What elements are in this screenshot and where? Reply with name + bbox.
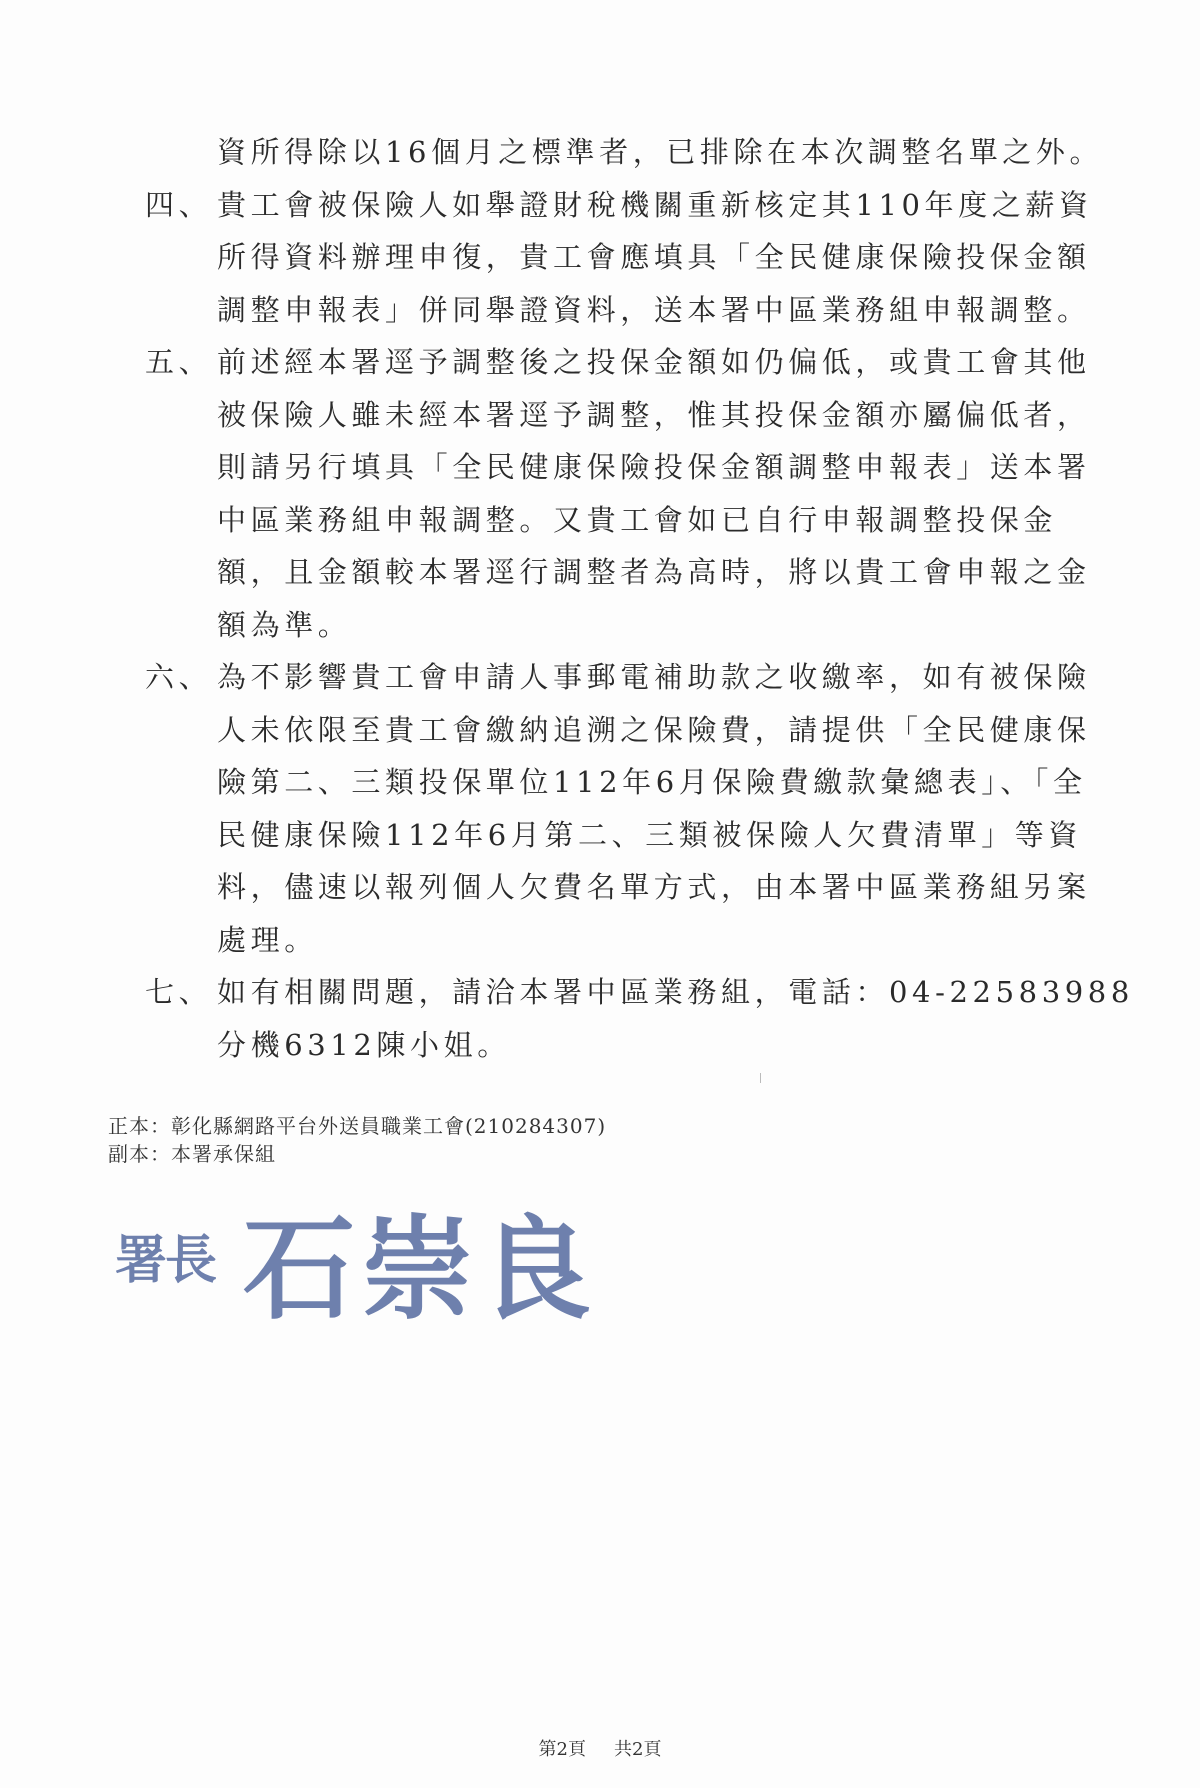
- line-text: 資所得除以16個月之標準者，已排除在本次調整名單之外。: [217, 126, 1103, 179]
- paragraph: 五、前述經本署逕予調整後之投保金額如仍偏低，或貴工會其他被保險人雖未經本署逕予調…: [145, 336, 1125, 651]
- line-text: 額為準。: [217, 599, 351, 652]
- text-line: 七、如有相關問題，請洽本署中區業務組，電話：04-22583988: [145, 966, 1125, 1019]
- text-line: 處理。: [145, 914, 1125, 967]
- page-number: 第2頁: [539, 1739, 586, 1760]
- line-text: 如有相關問題，請洽本署中區業務組，電話：04-22583988: [217, 966, 1134, 1019]
- text-line: 則請另行填具「全民健康保險投保金額調整申報表」送本署: [145, 441, 1125, 494]
- text-line: 被保險人雖未經本署逕予調整，惟其投保金額亦屬偏低者，: [145, 389, 1125, 442]
- copy-recipient-line: 副本：本署承保組: [108, 1140, 606, 1168]
- text-line: 調整申報表」併同舉證資料，送本署中區業務組申報調整。: [145, 284, 1125, 337]
- line-text: 分機6312陳小姐。: [217, 1019, 511, 1072]
- line-text: 前述經本署逕予調整後之投保金額如仍偏低，或貴工會其他: [217, 336, 1091, 389]
- original-recipient-line: 正本：彰化縣網路平台外送員職業工會(210284307): [108, 1112, 606, 1140]
- text-line: 分機6312陳小姐。: [145, 1019, 1125, 1072]
- line-text: 貴工會被保險人如舉證財稅機關重新核定其110年度之薪資: [217, 179, 1093, 232]
- line-text: 為不影響貴工會申請人事郵電補助款之收繳率，如有被保險: [217, 651, 1091, 704]
- paragraph: 四、貴工會被保險人如舉證財稅機關重新核定其110年度之薪資所得資料辦理申復，貴工…: [145, 179, 1125, 337]
- line-text: 處理。: [217, 914, 318, 967]
- line-text: 中區業務組申報調整。又貴工會如已自行申報調整投保金: [217, 494, 1057, 547]
- text-line: 四、貴工會被保險人如舉證財稅機關重新核定其110年度之薪資: [145, 179, 1125, 232]
- text-line: 五、前述經本署逕予調整後之投保金額如仍偏低，或貴工會其他: [145, 336, 1125, 389]
- line-text: 料，儘速以報列個人欠費名單方式，由本署中區業務組另案: [217, 861, 1091, 914]
- item-number: 七、: [145, 966, 217, 1019]
- paragraph: 資所得除以16個月之標準者，已排除在本次調整名單之外。: [145, 126, 1125, 179]
- page-footer: 第2頁共2頁: [0, 1735, 1200, 1761]
- signature-name: 石崇良: [243, 1180, 597, 1341]
- line-text: 人未依限至貴工會繳納追溯之保險費，請提供「全民健康保: [217, 704, 1091, 757]
- text-line: 民健康保險112年6月第二、三類被保險人欠費清單」等資: [145, 809, 1125, 862]
- line-text: 民健康保險112年6月第二、三類被保險人欠費清單」等資: [217, 809, 1082, 862]
- item-number: 六、: [145, 651, 217, 704]
- page-total: 共2頁: [614, 1739, 661, 1760]
- line-text: 被保險人雖未經本署逕予調整，惟其投保金額亦屬偏低者，: [217, 389, 1091, 442]
- line-text: 所得資料辦理申復，貴工會應填具「全民健康保險投保金額: [217, 231, 1091, 284]
- text-line: 險第二、三類投保單位112年6月保險費繳款彙總表」、「全: [145, 756, 1125, 809]
- item-number: 四、: [145, 179, 217, 232]
- text-line: 資所得除以16個月之標準者，已排除在本次調整名單之外。: [145, 126, 1125, 179]
- original-recipient: 彰化縣網路平台外送員職業工會(210284307): [171, 1114, 606, 1138]
- text-line: 料，儘速以報列個人欠費名單方式，由本署中區業務組另案: [145, 861, 1125, 914]
- copy-recipient: 本署承保組: [171, 1142, 276, 1166]
- text-line: 所得資料辦理申復，貴工會應填具「全民健康保險投保金額: [145, 231, 1125, 284]
- copy-label: 副本：: [108, 1142, 171, 1166]
- item-number: 五、: [145, 336, 217, 389]
- line-text: 險第二、三類投保單位112年6月保險費繳款彙總表」、「全: [217, 756, 1087, 809]
- line-text: 額，且金額較本署逕行調整者為高時，將以貴工會申報之金: [217, 546, 1091, 599]
- line-text: 調整申報表」併同舉證資料，送本署中區業務組申報調整。: [217, 284, 1091, 337]
- line-text: 則請另行填具「全民健康保險投保金額調整申報表」送本署: [217, 441, 1091, 494]
- scan-artifact: [760, 1073, 761, 1083]
- paragraph: 六、為不影響貴工會申請人事郵電補助款之收繳率，如有被保險人未依限至貴工會繳納追溯…: [145, 651, 1125, 966]
- signature-title: 署長: [115, 1218, 215, 1293]
- original-label: 正本：: [108, 1114, 171, 1138]
- text-line: 六、為不影響貴工會申請人事郵電補助款之收繳率，如有被保險: [145, 651, 1125, 704]
- paragraph: 七、如有相關問題，請洽本署中區業務組，電話：04-22583988分機6312陳…: [145, 966, 1125, 1071]
- text-line: 中區業務組申報調整。又貴工會如已自行申報調整投保金: [145, 494, 1125, 547]
- text-line: 額為準。: [145, 599, 1125, 652]
- document-body: 資所得除以16個月之標準者，已排除在本次調整名單之外。四、貴工會被保險人如舉證財…: [145, 126, 1125, 1071]
- distribution-list: 正本：彰化縣網路平台外送員職業工會(210284307) 副本：本署承保組: [108, 1112, 606, 1168]
- text-line: 額，且金額較本署逕行調整者為高時，將以貴工會申報之金: [145, 546, 1125, 599]
- text-line: 人未依限至貴工會繳納追溯之保險費，請提供「全民健康保: [145, 704, 1125, 757]
